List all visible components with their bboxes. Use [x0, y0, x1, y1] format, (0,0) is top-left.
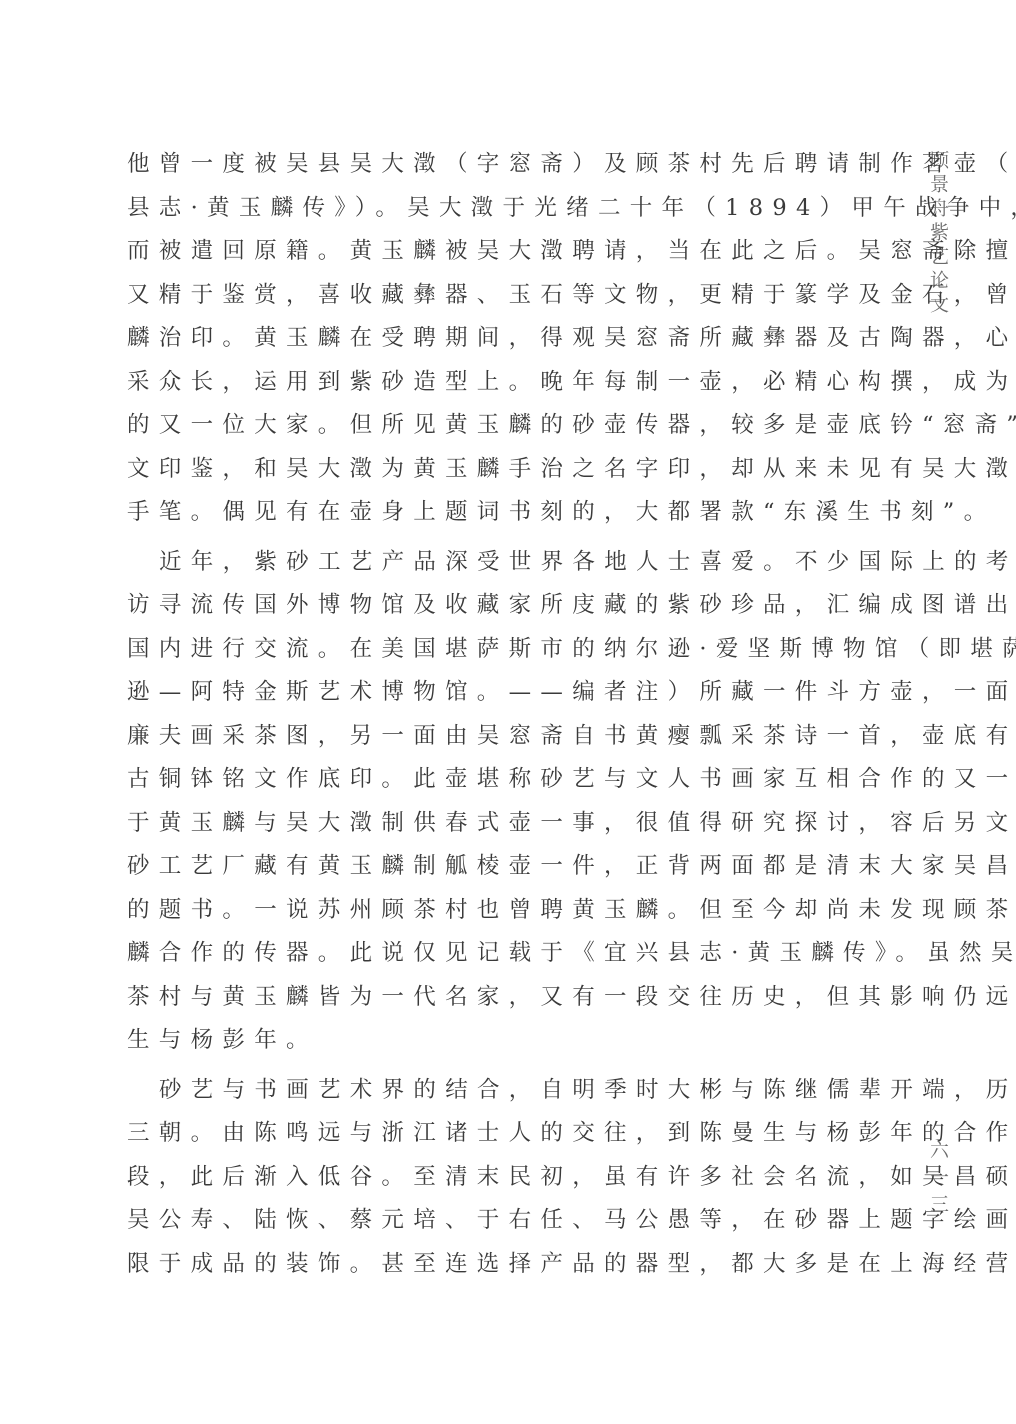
- text-line: 近年，紫砂工艺产品深受世界各地人士喜爱。不少国际上的考古学者，: [127, 541, 862, 585]
- text-line: 县志·黄玉麟传》）。吴大澂于光绪二十年（1894）甲午战争中，因督师失利: [127, 187, 862, 231]
- text-line: 访寻流传国外博物馆及收藏家所庋藏的紫砂珍品，汇编成图谱出版，并与: [127, 584, 862, 628]
- page-number: 六一三: [928, 1140, 952, 1221]
- book-page: 顾景舟紫艺论文 他曾一度被吴县吴大澂（字窓斋）及顾茶村先后聘请制作茗壶（见《宜兴…: [0, 0, 1016, 1424]
- paragraph-1: 他曾一度被吴县吴大澂（字窓斋）及顾茶村先后聘请制作茗壶（见《宜兴 县志·黄玉麟传…: [127, 143, 862, 535]
- text-line: 生与杨彭年。: [127, 1019, 862, 1063]
- text-line: 砂艺与书画艺术界的结合，自明季时大彬与陈继儒辈开端，历经早清: [127, 1069, 862, 1113]
- text-line: 麟治印。黄玉麟在受聘期间，得观吴窓斋所藏彝器及古陶器，心揣手摹，博: [127, 317, 862, 361]
- paragraph-2: 近年，紫砂工艺产品深受世界各地人士喜爱。不少国际上的考古学者， 访寻流传国外博物…: [127, 541, 862, 1063]
- text-line: 的又一位大家。但所见黄玉麟的砂壶传器，较多是壶底钤“窓斋”二字篆: [127, 404, 862, 448]
- text-line: 砂工艺厂藏有黄玉麟制觚棱壶一件，正背两面都是清末大家吴昌硕赠友人: [127, 845, 862, 889]
- text-line: 又精于鉴赏，喜收藏彝器、玉石等文物，更精于篆学及金石，曾亲手为黄玉: [127, 274, 862, 318]
- text-line: 古铜钵铭文作底印。此壶堪称砂艺与文人书画家互相合作的又一绝唱（至: [127, 758, 862, 802]
- text-line: 的题书。一说苏州顾茶村也曾聘黄玉麟。但至今却尚未发现顾茶村与黄玉: [127, 889, 862, 933]
- text-line: 吴公寿、陆恢、蔡元培、于右任、马公愚等，在砂器上题字绘画，却只是局: [127, 1199, 862, 1243]
- text-line: 麟合作的传器。此说仅见记载于《宜兴县志·黄玉麟传》。虽然吴大澂、顾: [127, 932, 862, 976]
- text-line: 限于成品的装饰。甚至连选择产品的器型，都大多是在上海经营紫砂器的商: [127, 1243, 862, 1287]
- text-line: 廉夫画采茶图，另一面由吴窓斋自书黄瘿瓢采茶诗一首，壶底有窓斋所藏: [127, 715, 862, 759]
- text-line: 采众长，运用到紫砂造型上。晚年每制一壶，必精心构撰，成为邵大亨之后: [127, 361, 862, 405]
- text-line: 三朝。由陈鸣远与浙江诸士人的交往，到陈曼生与杨彭年的合作，为兴盛阶: [127, 1112, 862, 1156]
- text-line: 他曾一度被吴县吴大澂（字窓斋）及顾茶村先后聘请制作茗壶（见《宜兴: [127, 143, 862, 187]
- text-line: 国内进行交流。在美国堪萨斯市的纳尔逊·爱坚斯博物馆（即堪萨斯市纳尔: [127, 628, 862, 672]
- text-line: 段，此后渐入低谷。至清末民初，虽有许多社会名流，如吴昌硕、任伯年、: [127, 1156, 862, 1200]
- text-line: 于黄玉麟与吴大澂制供春式壶一事，很值得研究探讨，容后另文详述）。紫: [127, 802, 862, 846]
- body-text: 他曾一度被吴县吴大澂（字窓斋）及顾茶村先后聘请制作茗壶（见《宜兴 县志·黄玉麟传…: [127, 143, 862, 1286]
- text-line: 逊—阿特金斯艺术博物馆。——编者注）所藏一件斗方壶，一面有画家陆: [127, 671, 862, 715]
- paragraph-3: 砂艺与书画艺术界的结合，自明季时大彬与陈继儒辈开端，历经早清 三朝。由陈鸣远与浙…: [127, 1069, 862, 1287]
- text-line: 手笔。偶见有在壶身上题词书刻的，大都署款“东溪生书刻”。: [127, 491, 862, 535]
- text-line: 而被遣回原籍。黄玉麟被吴大澂聘请，当在此之后。吴窓斋除擅长书画外，: [127, 230, 862, 274]
- text-line: 文印鉴，和吴大澂为黄玉麟手治之名字印，却从来未见有吴大澂铭题壶身之: [127, 448, 862, 492]
- text-line: 茶村与黄玉麟皆为一代名家，又有一段交往历史，但其影响仍远不及陈曼: [127, 976, 862, 1020]
